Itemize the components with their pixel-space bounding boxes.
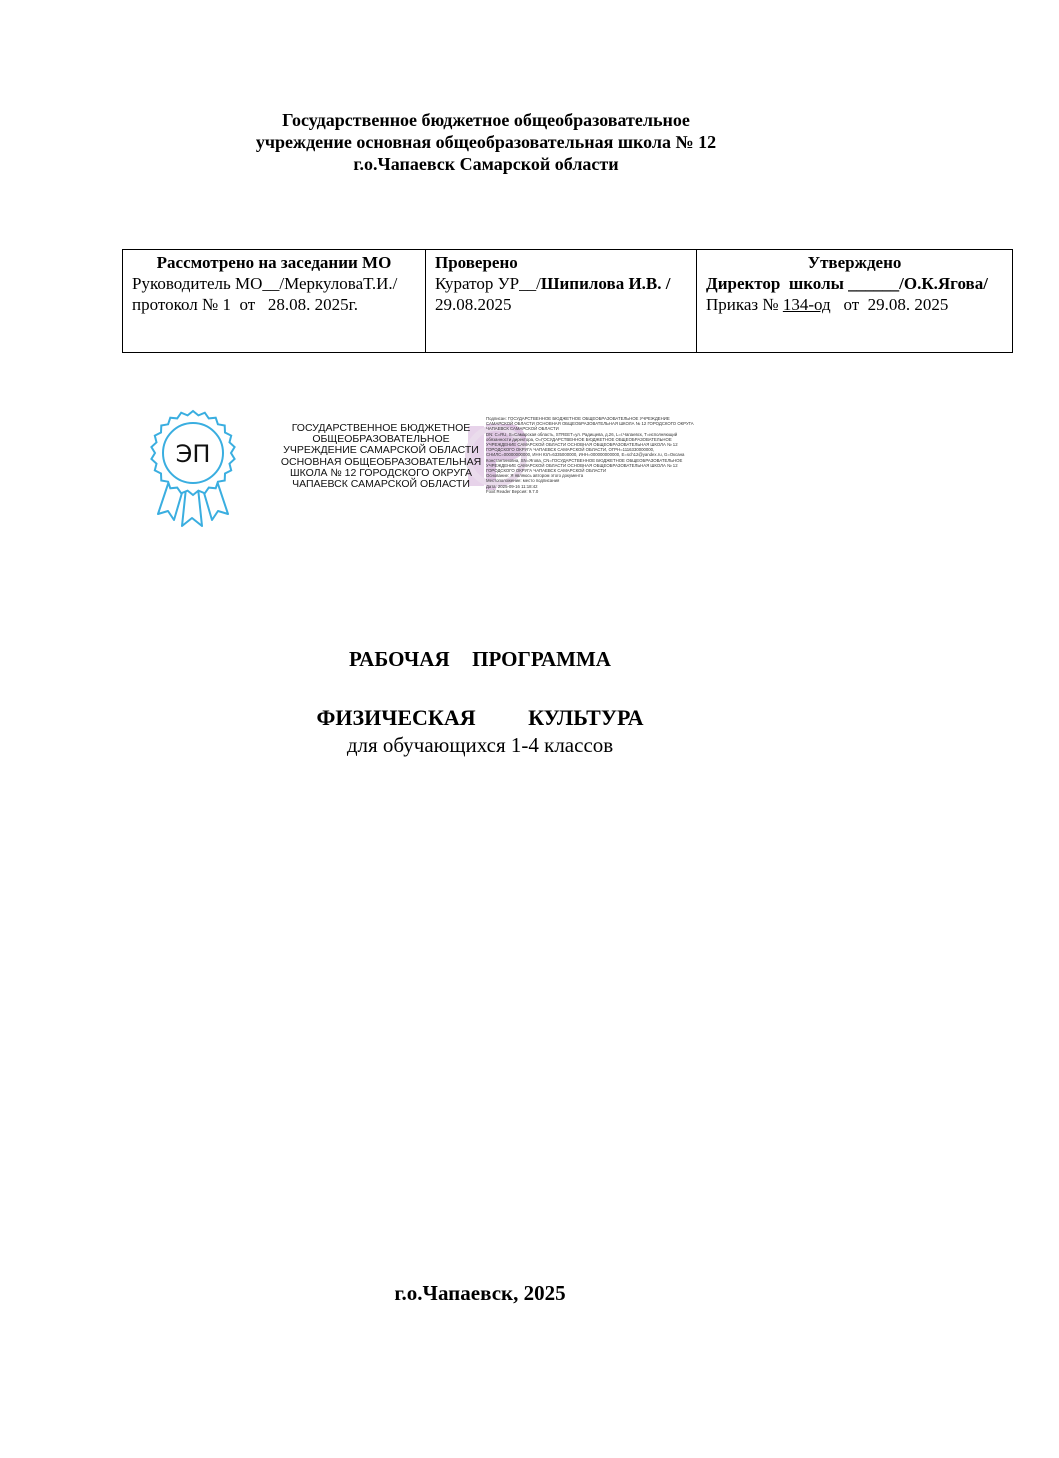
school-header-line-2: учреждение основная общеобразовательная … (0, 131, 972, 153)
checked-cell: Проверено Куратор УР__/Шипилова И.В. / 2… (426, 250, 697, 353)
place-year: г.о.Чапаевск, 2025 (0, 1281, 960, 1306)
checked-curator-role: Куратор УР__/ (435, 274, 541, 293)
approved-title: Утверждено (706, 252, 1003, 273)
checked-curator-name: Шипилова И.В. / (541, 274, 671, 293)
school-header-line-1: Государственное бюджетное общеобразовате… (0, 109, 972, 131)
approved-order-date: от 29.08. 2025 (831, 295, 949, 314)
checked-curator: Куратор УР__/Шипилова И.В. / (435, 273, 687, 294)
considered-title: Рассмотрено на заседании МО (132, 252, 416, 273)
stamp-label: ЭП (176, 440, 211, 468)
signature-details: Подписан: ГОСУДАРСТВЕННОЕ БЮДЖЕТНОЕ ОБЩЕ… (486, 416, 698, 494)
checked-date: 29.08.2025 (435, 294, 687, 315)
school-header-line-3: г.о.Чапаевск Самарской области (0, 153, 972, 175)
approved-order: Приказ № 134-од от 29.08. 2025 (706, 294, 1003, 315)
sig-org-line: УЧРЕЖДЕНИЕ САМАРСКОЙ ОБЛАСТИ (272, 445, 490, 456)
approved-director: Директор школы ______/О.К.Ягова/ (706, 273, 1003, 294)
school-header: Государственное бюджетное общеобразовате… (0, 109, 972, 175)
sig-detail-software: Foxit Reader Версия: 9.7.0 (486, 489, 698, 494)
considered-head: Руководитель МО__/МеркуловаТ.И./ (132, 273, 416, 294)
sig-detail-dn: DN: C=RU, S=Самарская область, STREET=ул… (486, 432, 698, 474)
checked-title: Проверено (435, 252, 687, 273)
audience-subtitle: для обучающихся 1-4 классов (0, 733, 960, 758)
signature-organization: ГОСУДАРСТВЕННОЕ БЮДЖЕТНОЕ ОБЩЕОБРАЗОВАТЕ… (272, 423, 490, 490)
sig-detail-signer: Подписан: ГОСУДАРСТВЕННОЕ БЮДЖЕТНОЕ ОБЩЕ… (486, 416, 698, 432)
subject-title: ФИЗИЧЕСКАЯ КУЛЬТУРА (0, 705, 960, 731)
document-type: РАБОЧАЯ ПРОГРАММА (0, 647, 960, 672)
approved-order-number: 134-од (783, 295, 831, 314)
approval-table: Рассмотрено на заседании МО Руководитель… (122, 249, 1013, 353)
e-signature-stamp-icon: ЭП (148, 408, 238, 530)
approved-order-prefix: Приказ № (706, 295, 783, 314)
considered-cell: Рассмотрено на заседании МО Руководитель… (123, 250, 426, 353)
considered-protocol: протокол № 1 от 28.08. 2025г. (132, 294, 416, 315)
sig-org-line: ЧАПАЕВСК САМАРСКОЙ ОБЛАСТИ (272, 479, 490, 490)
approved-cell: Утверждено Директор школы ______/О.К.Яго… (697, 250, 1013, 353)
